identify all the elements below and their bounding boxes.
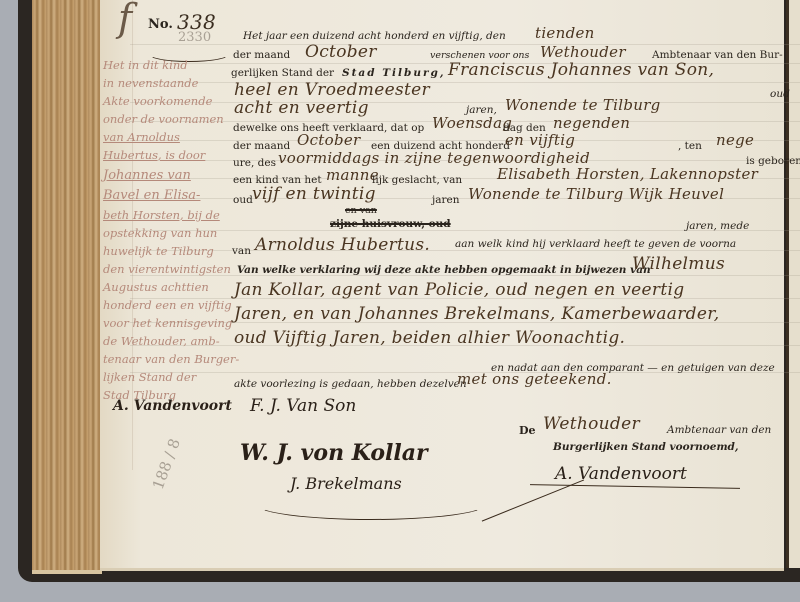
margin-line: huwelijk te Tilburg [103,244,214,258]
weekday-written: Woensdag [432,114,512,132]
birth-hour-written: nege [716,131,754,149]
line-2-print-a: der maand [233,49,290,61]
witness1-details: Jan Kollar, agent van Policie, oud negen… [234,280,684,300]
line-15-print: Van welke verklaring wij deze akte hebbe… [237,264,651,276]
margin-line: in nevenstaande [103,76,198,90]
line-9-print-b: lijk geslacht, van [372,174,462,186]
day-written: tienden [535,24,595,42]
signature-flourish [255,488,487,520]
ruled-line [130,82,800,83]
ruled-line [130,102,800,103]
margin-line: lijken Stand der [103,370,196,384]
margin-line: tenaar van den Burger- [103,352,239,366]
margin-line: Hubertus, is door [103,148,205,162]
line-12-print: jaren, mede [686,220,749,232]
margin-signature: A. Vandenvoort [113,398,232,414]
ruled-line [130,250,800,251]
margin-line: de Wethouder, amb- [103,334,220,348]
margin-line: Augustus achttien [103,280,209,294]
page-edges [32,0,102,574]
witnesses-residence: oud Vijftig Jaren, beiden alhier Woonach… [234,328,625,348]
margin-line: van Arnoldus [103,130,180,144]
declarant-age: acht en veertig [234,98,369,118]
child-sex-written: manne [326,166,379,184]
line-3-print: gerlijken Stand der [231,67,334,79]
struck-text-2: zijne huisvrouw, oud [330,218,451,230]
signed-note: met ons geteekend. [457,370,612,388]
line-14-print: van [232,245,251,257]
line-1-print: Het jaar een duizend acht honderd en vij… [243,30,506,42]
margin-line: honderd een en vijftig [103,298,232,312]
margin-line: Johannes van [103,168,191,183]
struck-text-1: en van [345,205,377,216]
pencil-number: 2330 [178,30,211,45]
record-number-label: No. [148,17,173,32]
margin-line: Akte voorkomende [103,94,212,108]
closing-role-print-2: Burgerlijken Stand voornoemd, [553,441,739,453]
declarant-residence: Wonende te Tilburg [505,96,661,114]
mother-name: Elisabeth Horsten, Lakennopster [497,165,758,183]
official-role-written: Wethouder [540,43,626,61]
mother-age: vijf en twintig [252,184,376,204]
line-13-print: aan welk kind hij verklaard heeft te gev… [455,238,736,250]
facing-page-edge [786,0,800,568]
margin-line: Het in dit kind [103,58,188,72]
margin-line: opstekking van hun [103,226,217,240]
closing-role-written: Wethouder [543,414,640,434]
margin-line: onder de voornamen [103,112,224,126]
margin-line: Bavel en Elisa- [103,188,200,203]
line-10-print-b: jaren [432,194,460,206]
line-4-print: oud [770,88,790,100]
closing-role-print: Ambtenaar van den [667,424,771,436]
line-8-print-a: ure, des [233,157,276,169]
line-20-print: akte voorlezing is gedaan, hebben dezelv… [234,378,467,390]
line-10-print-a: oud [233,194,253,206]
month-written: October [305,42,377,62]
line-7-print-c: , ten [678,140,702,152]
city-print: Stad Tilburg, [342,67,446,79]
official-signature: A. Vandenvoort [555,464,687,484]
closing-de: De [519,424,536,437]
page-mark: f [118,0,132,40]
margin-line: beth Horsten, bij de [103,208,220,222]
declarant-name: Franciscus Johannes van Son, [448,60,714,80]
birth-year-written: en vijftig [505,131,575,149]
birth-month-written: October [297,131,361,149]
declarant-signature: F. J. Van Son [250,396,356,416]
mother-residence: Wonende te Tilburg Wijk Heuvel [468,185,724,203]
witness1-signature: W. J. von Kollar [240,440,428,466]
declarant-occupation: heel en Vroedmeester [234,80,430,100]
margin-line: den vierentwintigsten [103,262,231,276]
child-names: Arnoldus Hubertus. [255,235,430,255]
witness2-details: Jaren, en van Johannes Brekelmans, Kamer… [234,304,719,324]
ruled-line [130,44,800,45]
margin-line: voor het kennisgeving [103,316,232,330]
witness1-first-name: Wilhelmus [632,254,725,274]
birth-day-written: negenden [553,114,630,132]
